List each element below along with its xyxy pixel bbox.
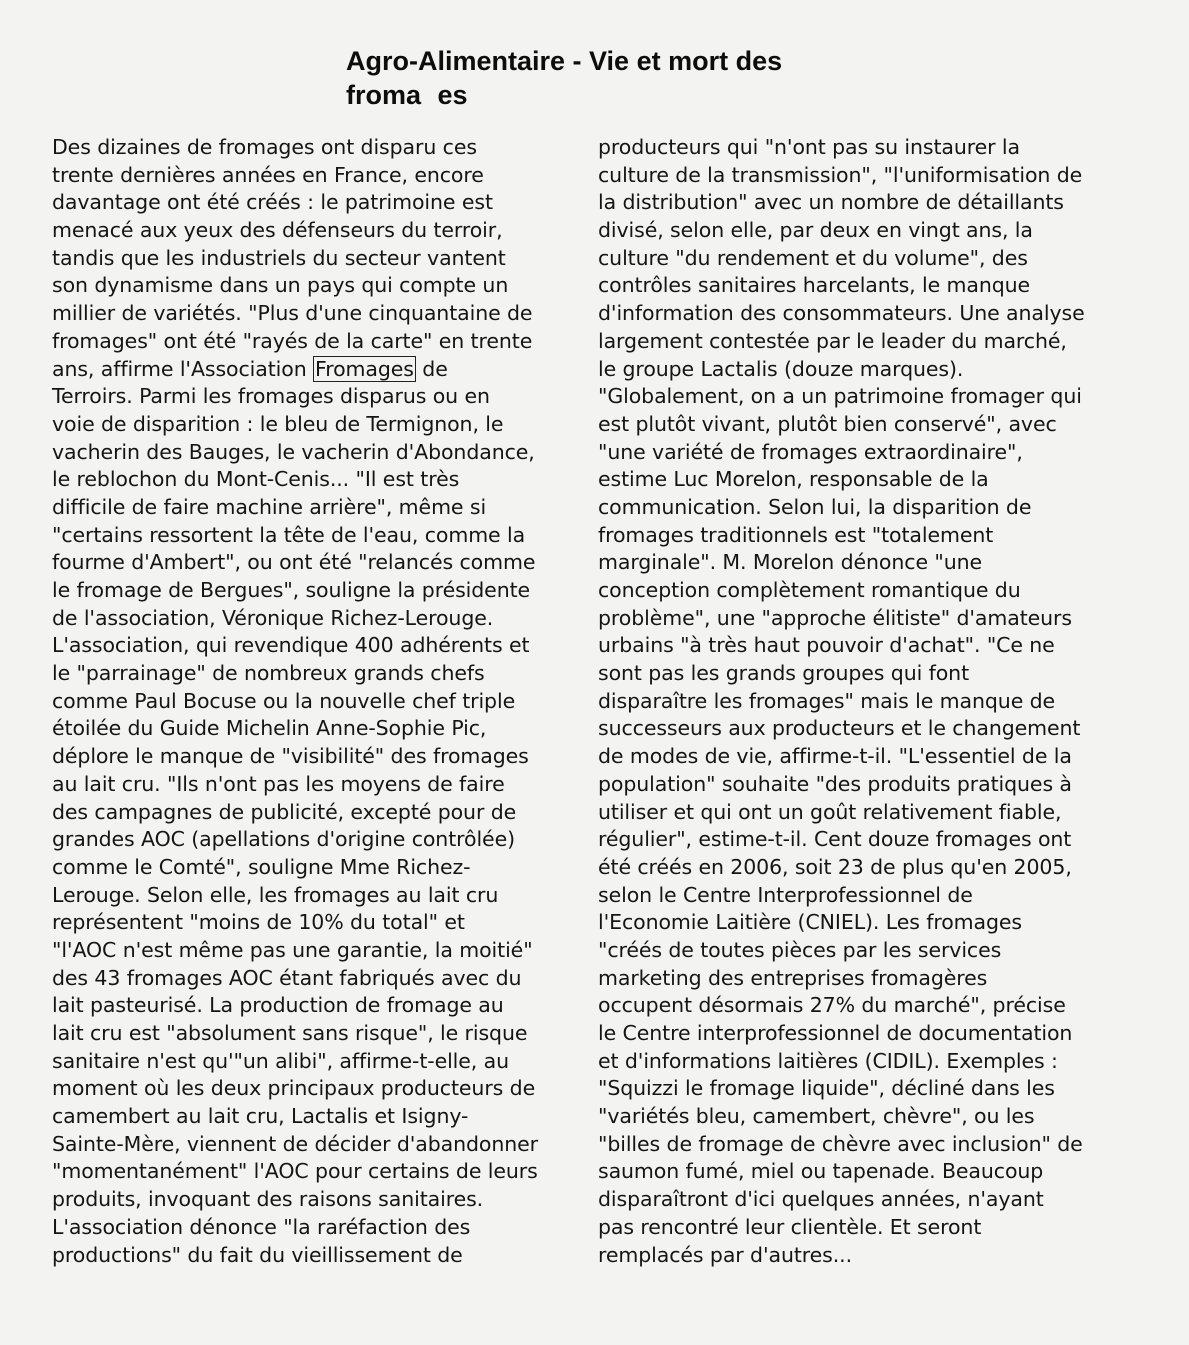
title-line-1: Agro-Alimentaire - Vie et mort des xyxy=(346,46,782,76)
text-line: de modes de vie, affirme-t-il. "L'essent… xyxy=(598,743,1158,771)
text-line: "Globalement, on a un patrimoine fromage… xyxy=(598,383,1158,411)
text-line: au lait cru. "Ils n'ont pas les moyens d… xyxy=(52,771,592,799)
text-line: "une variété de fromages extraordinaire"… xyxy=(598,439,1158,467)
text-line: estime Luc Morelon, responsable de la xyxy=(598,466,1158,494)
right-column: producteurs qui "n'ont pas su instaurer … xyxy=(598,134,1158,1269)
text-line: lait pasteurisé. La production de fromag… xyxy=(52,992,592,1020)
text-line: le "parrainage" de nombreux grands chefs xyxy=(52,660,592,688)
text-line: fourme d'Ambert", ou ont été "relancés c… xyxy=(52,549,592,577)
text-line: disparaîtront d'ici quelques années, n'a… xyxy=(598,1186,1158,1214)
text-line: "momentanément" l'AOC pour certains de l… xyxy=(52,1158,592,1186)
text-line: des campagnes de publicité, excepté pour… xyxy=(52,799,592,827)
text-line: étoilée du Guide Michelin Anne-Sophie Pi… xyxy=(52,715,592,743)
text-line: davantage ont été créés : le patrimoine … xyxy=(52,189,592,217)
text-line: fromages" ont été "rayés de la carte" en… xyxy=(52,328,592,356)
text-line: occupent désormais 27% du marché", préci… xyxy=(598,992,1158,1020)
text-line: problème", une "approche élitiste" d'ama… xyxy=(598,605,1158,633)
text-line: "créés de toutes pièces par les services xyxy=(598,937,1158,965)
text-line: millier de variétés. "Plus d'une cinquan… xyxy=(52,300,592,328)
text-line: menacé aux yeux des défenseurs du terroi… xyxy=(52,217,592,245)
text-line: régulier", estime-t-il. Cent douze froma… xyxy=(598,826,1158,854)
text-line: la distribution" avec un nombre de détai… xyxy=(598,189,1158,217)
text-line: tandis que les industriels du secteur va… xyxy=(52,245,592,273)
text-line: grandes AOC (apellations d'origine contr… xyxy=(52,826,592,854)
text-line: culture "du rendement et du volume", des xyxy=(598,245,1158,273)
text-line: culture de la transmission", "l'uniformi… xyxy=(598,162,1158,190)
text-line: lait cru est "absolument sans risque", l… xyxy=(52,1020,592,1048)
text-line: le fromage de Bergues", souligne la prés… xyxy=(52,577,592,605)
text-line: "Squizzi le fromage liquide", décliné da… xyxy=(598,1075,1158,1103)
title-line-2: fromages xyxy=(346,80,468,110)
text-line: comme Paul Bocuse ou la nouvelle chef tr… xyxy=(52,688,592,716)
text-line: camembert au lait cru, Lactalis et Isign… xyxy=(52,1103,592,1131)
text-line: son dynamisme dans un pays qui compte un xyxy=(52,272,592,300)
text-line: "l'AOC n'est même pas une garantie, la m… xyxy=(52,937,592,965)
text-line: selon le Centre Interprofessionnel de xyxy=(598,882,1158,910)
text-line: produits, invoquant des raisons sanitair… xyxy=(52,1186,592,1214)
text-line: moment où les deux principaux producteur… xyxy=(52,1075,592,1103)
text-line: marketing des entreprises fromagères xyxy=(598,965,1158,993)
text-line: successeurs aux producteurs et le change… xyxy=(598,715,1158,743)
text-line: contrôles sanitaires harcelants, le manq… xyxy=(598,272,1158,300)
text-line: voie de disparition : le bleu de Termign… xyxy=(52,411,592,439)
text-line: utiliser et qui ont un goût relativement… xyxy=(598,799,1158,827)
text-line: "variétés bleu, camembert, chèvre", ou l… xyxy=(598,1103,1158,1131)
text-line: productions" du fait du vieillissement d… xyxy=(52,1242,592,1270)
text-line: le reblochon du Mont-Cenis... "Il est tr… xyxy=(52,466,592,494)
text-line: déplore le manque de "visibilité" des fr… xyxy=(52,743,592,771)
text-line: représentent "moins de 10% du total" et xyxy=(52,909,592,937)
text-line: fromages traditionnels est "totalement xyxy=(598,522,1158,550)
text-line: population" souhaite "des produits prati… xyxy=(598,771,1158,799)
text-line: Des dizaines de fromages ont disparu ces xyxy=(52,134,592,162)
text-line: communication. Selon lui, la disparition… xyxy=(598,494,1158,522)
text-line: Sainte-Mère, viennent de décider d'aband… xyxy=(52,1131,592,1159)
text-line: difficile de faire machine arrière", mêm… xyxy=(52,494,592,522)
text-line-with-highlight: ans, affirme l'Association Fromages de xyxy=(52,356,592,384)
text-line: Terroirs. Parmi les fromages disparus ou… xyxy=(52,383,592,411)
text-line: "billes de fromage de chèvre avec inclus… xyxy=(598,1131,1158,1159)
left-column: Des dizaines de fromages ont disparu ces… xyxy=(52,134,592,1269)
text-line: sanitaire n'est qu'"un alibi", affirme-t… xyxy=(52,1048,592,1076)
text-line: urbains "à très haut pouvoir d'achat". "… xyxy=(598,632,1158,660)
text-line: d'information des consommateurs. Une ana… xyxy=(598,300,1158,328)
text-line: de l'association, Véronique Richez-Lerou… xyxy=(52,605,592,633)
text-line: et d'informations laitières (CIDIL). Exe… xyxy=(598,1048,1158,1076)
text-line: disparaître les fromages" mais le manque… xyxy=(598,688,1158,716)
text-line: "certains ressortent la tête de l'eau, c… xyxy=(52,522,592,550)
text-line: divisé, selon elle, par deux en vingt an… xyxy=(598,217,1158,245)
text-line: comme le Comté", souligne Mme Richez- xyxy=(52,854,592,882)
text-line: été créés en 2006, soit 23 de plus qu'en… xyxy=(598,854,1158,882)
text-line: pas rencontré leur clientèle. Et seront xyxy=(598,1214,1158,1242)
title-faded-letter: g xyxy=(421,80,438,110)
highlighted-word-box: Fromages xyxy=(313,356,416,382)
text-line: sont pas les grands groupes qui font xyxy=(598,660,1158,688)
text-line: Lerouge. Selon elle, les fromages au lai… xyxy=(52,882,592,910)
title-fragment: es xyxy=(438,80,468,110)
text-fragment: ans, affirme l'Association xyxy=(52,357,313,381)
text-line: le groupe Lactalis (douze marques). xyxy=(598,356,1158,384)
text-line: remplacés par d'autres... xyxy=(598,1242,1158,1270)
article-title: Agro-Alimentaire - Vie et mort des froma… xyxy=(346,44,866,112)
text-line: producteurs qui "n'ont pas su instaurer … xyxy=(598,134,1158,162)
text-line: saumon fumé, miel ou tapenade. Beaucoup xyxy=(598,1158,1158,1186)
text-line: conception complètement romantique du xyxy=(598,577,1158,605)
text-line: l'Economie Laitière (CNIEL). Les fromage… xyxy=(598,909,1158,937)
text-line: largement contestée par le leader du mar… xyxy=(598,328,1158,356)
text-line: L'association, qui revendique 400 adhére… xyxy=(52,632,592,660)
text-line: le Centre interprofessionnel de document… xyxy=(598,1020,1158,1048)
title-fragment: froma xyxy=(346,80,421,110)
text-line: vacherin des Bauges, le vacherin d'Abond… xyxy=(52,439,592,467)
text-line: L'association dénonce "la raréfaction de… xyxy=(52,1214,592,1242)
text-line: des 43 fromages AOC étant fabriqués avec… xyxy=(52,965,592,993)
text-fragment: de xyxy=(416,357,448,381)
text-line: marginale". M. Morelon dénonce "une xyxy=(598,549,1158,577)
text-line: est plutôt vivant, plutôt bien conservé"… xyxy=(598,411,1158,439)
text-line: trente dernières années en France, encor… xyxy=(52,162,592,190)
